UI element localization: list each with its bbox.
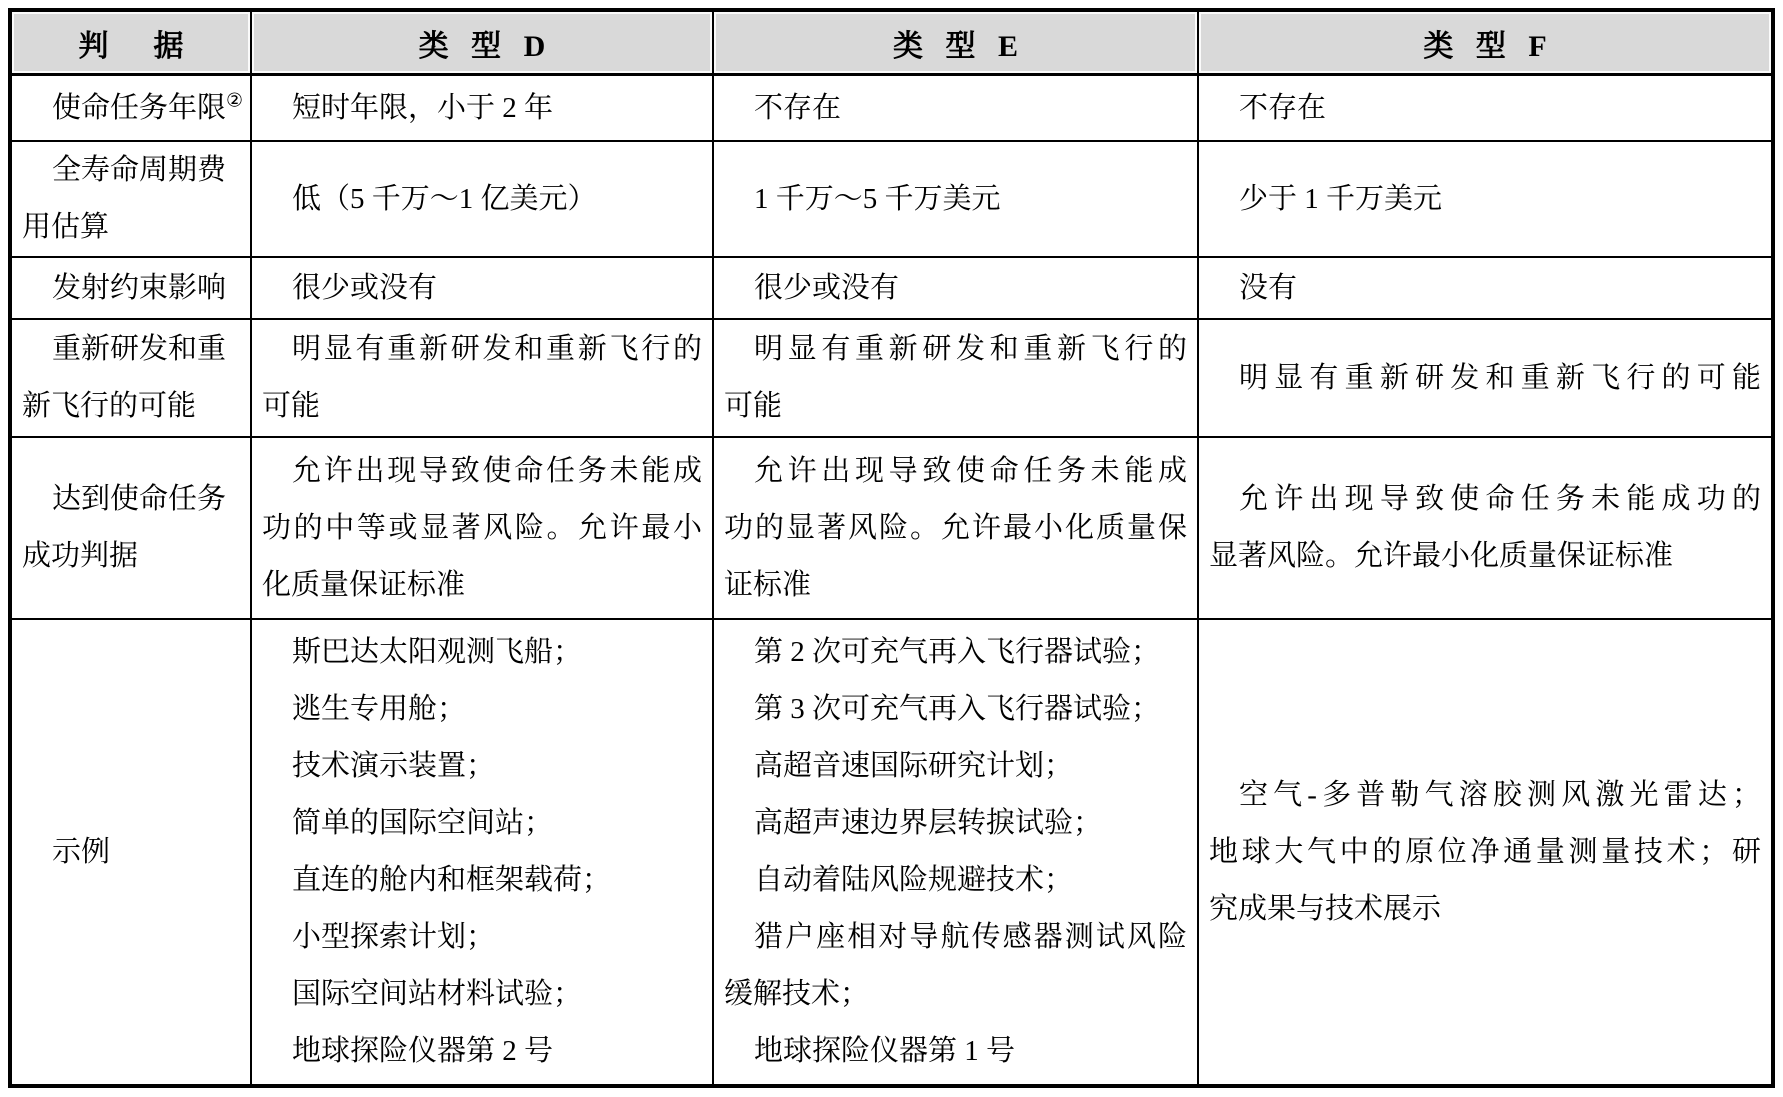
text-line: 功的显著风险。允许最小化质量保 <box>724 500 1187 557</box>
text-line: 简单的国际空间站； <box>262 795 702 852</box>
header-cell-type-d: 类型D <box>252 12 714 76</box>
cell-lifecycle-cost-estimate-f: 少于 1 千万美元 <box>1199 142 1771 258</box>
header-label-type-d: 类型D <box>419 21 568 65</box>
text-line: 可能 <box>262 378 702 435</box>
text-line: 发射约束影响 <box>22 260 240 317</box>
text-line: 明显有重新研发和重新飞行的 <box>724 321 1187 378</box>
text-line: 明显有重新研发和重新飞行的 <box>262 321 702 378</box>
text-line: 究成果与技术展示 <box>1209 881 1761 938</box>
text-line: 显著风险。允许最小化质量保证标准 <box>1209 528 1761 585</box>
cell-examples-d: 斯巴达太阳观测飞船；逃生专用舱；技术演示装置；简单的国际空间站；直连的舱内和框架… <box>252 620 714 1084</box>
cell-launch-constraint-impact-criteria: 发射约束影响 <box>12 258 252 320</box>
header-label-criteria: 判据 <box>79 21 229 65</box>
text-line: 全寿命周期费 <box>22 142 240 199</box>
text-line: 空气-多普勒气溶胶测风激光雷达； <box>1209 767 1761 824</box>
text-line: 逃生专用舱； <box>262 681 702 738</box>
cell-launch-constraint-impact-e: 很少或没有 <box>714 258 1199 320</box>
cell-mission-success-criteria-e: 允许出现导致使命任务未能成功的显著风险。允许最小化质量保证标准 <box>714 438 1199 620</box>
text-line: 示例 <box>22 824 240 881</box>
text-line: 明显有重新研发和重新飞行的可能 <box>1209 350 1761 407</box>
cell-launch-constraint-impact-f: 没有 <box>1199 258 1771 320</box>
text-line: 小型探索计划； <box>262 909 702 966</box>
text-line: 可能 <box>724 378 1187 435</box>
text-line: 很少或没有 <box>262 260 702 317</box>
text-line: 达到使命任务 <box>22 471 240 528</box>
header-label-type-f: 类型F <box>1423 21 1569 65</box>
cell-examples-f: 空气-多普勒气溶胶测风激光雷达；地球大气中的原位净通量测量技术；研究成果与技术展… <box>1199 620 1771 1084</box>
cell-mission-success-criteria-f: 允许出现导致使命任务未能成功的显著风险。允许最小化质量保证标准 <box>1199 438 1771 620</box>
cell-mission-duration-criteria: 使命任务年限② <box>12 76 252 142</box>
text-line: 高超音速国际研究计划； <box>724 738 1187 795</box>
text-line: 高超声速边界层转捩试验； <box>724 795 1187 852</box>
text-line: 第 2 次可充气再入飞行器试验； <box>724 624 1187 681</box>
cell-launch-constraint-impact-d: 很少或没有 <box>252 258 714 320</box>
text-line: 地球大气中的原位净通量测量技术；研 <box>1209 824 1761 881</box>
text-line: 地球探险仪器第 2 号 <box>262 1023 702 1080</box>
text-line: 第 3 次可充气再入飞行器试验； <box>724 681 1187 738</box>
text-line: 没有 <box>1209 260 1761 317</box>
cell-redevelop-reflight-possibility-criteria: 重新研发和重新飞行的可能 <box>12 320 252 438</box>
cell-examples-criteria: 示例 <box>12 620 252 1084</box>
cell-lifecycle-cost-estimate-d: 低（5 千万～1 亿美元） <box>252 142 714 258</box>
cell-mission-duration-d: 短时年限，小于 2 年 <box>252 76 714 142</box>
text-line: 成功判据 <box>22 528 240 585</box>
text-line: 允许出现导致使命任务未能成 <box>262 443 702 500</box>
cell-lifecycle-cost-estimate-e: 1 千万～5 千万美元 <box>714 142 1199 258</box>
text-line: 功的中等或显著风险。允许最小 <box>262 500 702 557</box>
text-line: 技术演示装置； <box>262 738 702 795</box>
cell-lifecycle-cost-estimate-criteria: 全寿命周期费用估算 <box>12 142 252 258</box>
text-line: 低（5 千万～1 亿美元） <box>262 171 702 228</box>
cell-mission-duration-f: 不存在 <box>1199 76 1771 142</box>
header-cell-criteria: 判据 <box>12 12 252 76</box>
text-line: 少于 1 千万美元 <box>1209 171 1761 228</box>
text-line: 很少或没有 <box>724 260 1187 317</box>
text-line: 用估算 <box>22 199 240 256</box>
text-line: 不存在 <box>1209 80 1761 137</box>
text-line: 斯巴达太阳观测飞船； <box>262 624 702 681</box>
text-line: 使命任务年限② <box>22 80 240 137</box>
cell-mission-duration-e: 不存在 <box>714 76 1199 142</box>
cell-redevelop-reflight-possibility-d: 明显有重新研发和重新飞行的可能 <box>252 320 714 438</box>
text-line: 缓解技术； <box>724 966 1187 1023</box>
header-cell-type-f: 类型F <box>1199 12 1771 76</box>
text-line: 允许出现导致使命任务未能成功的 <box>1209 471 1761 528</box>
criteria-table: 判据 类型D 类型E 类型F 使命任务年限②短时年限，小于 2 年不存在不存在全… <box>8 8 1775 1088</box>
cell-redevelop-reflight-possibility-f: 明显有重新研发和重新飞行的可能 <box>1199 320 1771 438</box>
text-line: 直连的舱内和框架载荷； <box>262 852 702 909</box>
cell-examples-e: 第 2 次可充气再入飞行器试验；第 3 次可充气再入飞行器试验；高超音速国际研究… <box>714 620 1199 1084</box>
text-line: 短时年限，小于 2 年 <box>262 80 702 137</box>
superscript-note: ② <box>226 90 243 111</box>
text-line: 允许出现导致使命任务未能成 <box>724 443 1187 500</box>
cell-redevelop-reflight-possibility-e: 明显有重新研发和重新飞行的可能 <box>714 320 1199 438</box>
text-line: 不存在 <box>724 80 1187 137</box>
text-line: 新飞行的可能 <box>22 378 240 435</box>
text-line: 证标准 <box>724 557 1187 614</box>
text-line: 国际空间站材料试验； <box>262 966 702 1023</box>
text-line: 自动着陆风险规避技术； <box>724 852 1187 909</box>
text-line: 1 千万～5 千万美元 <box>724 171 1187 228</box>
text-line: 重新研发和重 <box>22 321 240 378</box>
cell-mission-success-criteria-d: 允许出现导致使命任务未能成功的中等或显著风险。允许最小化质量保证标准 <box>252 438 714 620</box>
text-line: 地球探险仪器第 1 号 <box>724 1023 1187 1080</box>
header-cell-type-e: 类型E <box>714 12 1199 76</box>
header-label-type-e: 类型E <box>893 21 1041 65</box>
text-line: 化质量保证标准 <box>262 557 702 614</box>
text-line: 猎户座相对导航传感器测试风险 <box>724 909 1187 966</box>
cell-mission-success-criteria-criteria: 达到使命任务成功判据 <box>12 438 252 620</box>
